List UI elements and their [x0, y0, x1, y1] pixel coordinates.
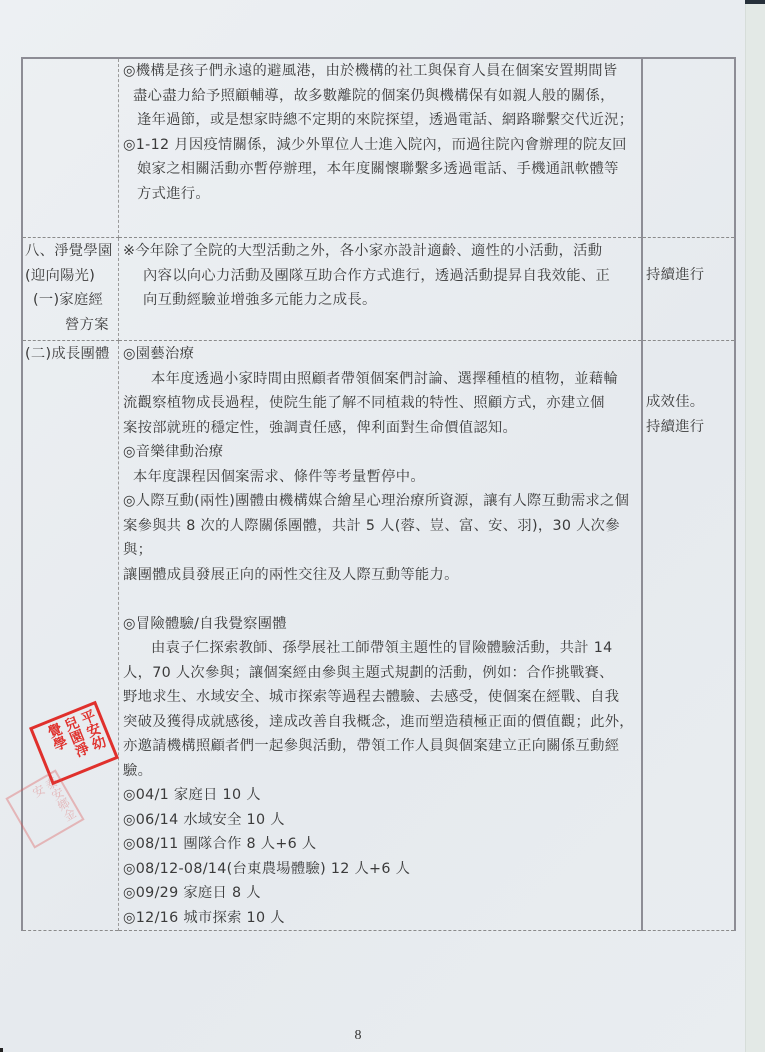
- description-cell: ◎機構是孩子們永遠的避風港，由於機構的社工與保育人員在個案安置期間皆 盡心盡力給…: [119, 58, 643, 238]
- description-line: 逢年過節，或是想家時總不定期的來院探望，透過電話、網路聯繫交代近況；: [123, 108, 635, 133]
- section-title-music: ◎音樂律動治療: [123, 440, 635, 465]
- status-text: 持續進行: [646, 415, 734, 440]
- event-item: ◎12/16 城市探索 10 人: [123, 906, 635, 931]
- description-line: 亦邀請機構照顧者們一起參與活動，帶領工作人員與個案建立正向關係互動經: [123, 734, 635, 759]
- event-item: ◎06/14 水域安全 10 人: [123, 808, 635, 833]
- description-line: 流觀察植物成長過程，使院生能了解不同植栽的特性、照顧方式，亦建立個: [123, 391, 635, 416]
- event-item: ◎04/1 家庭日 10 人: [123, 783, 635, 808]
- description-line: ◎1-12 月因疫情關係，減少外單位人士進入院內，而過往院內會辦理的院友回: [123, 133, 635, 158]
- page-number: 8: [348, 1028, 368, 1044]
- section-title-gardening: ◎園藝治療: [123, 341, 635, 367]
- scan-mark-bottom: [0, 1048, 3, 1052]
- table-row-growth-groups: (二)成長團體 ◎園藝治療 本年度透過小家時間由照顧者帶領個案們討論、選擇種植的…: [22, 341, 735, 931]
- category-cell: [22, 58, 119, 238]
- status-text: 持續進行: [646, 263, 734, 288]
- status-cell: 成效佳。 持續進行: [642, 341, 735, 931]
- category-line: (一)家庭經: [25, 288, 118, 313]
- description-line: 人，70 人次參與；讓個案經由參與主題式規劃的活動，例如：合作挑戰賽、: [123, 661, 635, 686]
- event-item: ◎08/11 團隊合作 8 人+6 人: [123, 832, 635, 857]
- description-line: ◎人際互動(兩性)團體由機構媒合繪星心理治療所資源，讓有人際互動需求之個: [123, 489, 635, 514]
- scan-mark-top: [745, 0, 765, 4]
- description-line: ◎機構是孩子們永遠的避風港，由於機構的社工與保育人員在個案安置期間皆: [123, 59, 635, 84]
- description-line: 案按部就班的穩定性，強調責任感，俾利面對生命價值認知。: [123, 416, 635, 441]
- description-line: 盡心盡力給予照顧輔導，故多數離院的個案仍與機構保有如親人般的關係，: [123, 84, 635, 109]
- description-line: 野地求生、水域安全、城市探索等過程去體驗、去感受，使個案在經戰、自我: [123, 685, 635, 710]
- activity-report-table: ◎機構是孩子們永遠的避風港，由於機構的社工與保育人員在個案安置期間皆 盡心盡力給…: [21, 57, 736, 931]
- table-row-family-program: 八、淨覺學園 (迎向陽光) (一)家庭經 營方案 ※今年除了全院的大型活動之外，…: [22, 238, 735, 341]
- description-line: 本年度課程因個案需求、條件等考量暫停中。: [123, 465, 635, 490]
- event-item: ◎08/12-08/14(台東農場體驗) 12 人+6 人: [123, 857, 635, 882]
- description-line: 案參與共 8 次的人際關係團體，共計 5 人(蓉、豈、富、安、羽)，30 人次參…: [123, 514, 635, 563]
- description-line: 驗。: [123, 759, 635, 784]
- description-line: 向互動經驗並增強多元能力之成長。: [123, 288, 635, 313]
- category-line: (迎向陽光): [25, 264, 118, 289]
- description-line: 內容以向心力活動及團隊互助合作方式進行，透過活動提昇自我效能、正: [123, 264, 635, 289]
- description-cell: ◎園藝治療 本年度透過小家時間由照顧者帶領個案們討論、選擇種植的植物，並藉輪 流…: [119, 341, 643, 931]
- category-cell: 八、淨覺學園 (迎向陽光) (一)家庭經 營方案: [22, 238, 119, 341]
- description-line: 突破及獲得成就感後，達成改善自我概念，進而塑造積極正面的價值觀；此外，: [123, 710, 635, 735]
- status-text: 成效佳。: [646, 390, 734, 415]
- description-line: 讓團體成員發展正向的兩性交往及人際互動等能力。: [123, 563, 635, 588]
- category-line: 營方案: [25, 313, 118, 338]
- category-line: 八、淨覺學園: [25, 238, 118, 264]
- description-line: 方式進行。: [123, 182, 635, 207]
- section-title-adventure: ◎冒險體驗/自我覺察團體: [123, 612, 635, 637]
- description-line: 娘家之相關活動亦暫停辦理，本年度關懷聯繫多透過電話、手機通訊軟體等: [123, 157, 635, 182]
- description-line: 本年度透過小家時間由照顧者帶領個案們討論、選擇種植的植物，並藉輪: [123, 367, 635, 392]
- description-cell: ※今年除了全院的大型活動之外，各小家亦設計適齡、適性的小活動，活動 內容以向心力…: [119, 238, 643, 341]
- event-item: ◎09/29 家庭日 8 人: [123, 881, 635, 906]
- description-line: 由袁子仁探索教師、孫學展社工師帶領主題性的冒險體驗活動，共計 14: [123, 636, 635, 661]
- status-cell: 持續進行: [642, 238, 735, 341]
- description-line: ※今年除了全院的大型活動之外，各小家亦設計適齡、適性的小活動，活動: [123, 238, 635, 264]
- table-row-alumni-contact: ◎機構是孩子們永遠的避風港，由於機構的社工與保育人員在個案安置期間皆 盡心盡力給…: [22, 58, 735, 238]
- scan-edge-strip: [745, 0, 765, 1052]
- category-line: (二)成長團體: [25, 341, 118, 367]
- status-cell: [642, 58, 735, 238]
